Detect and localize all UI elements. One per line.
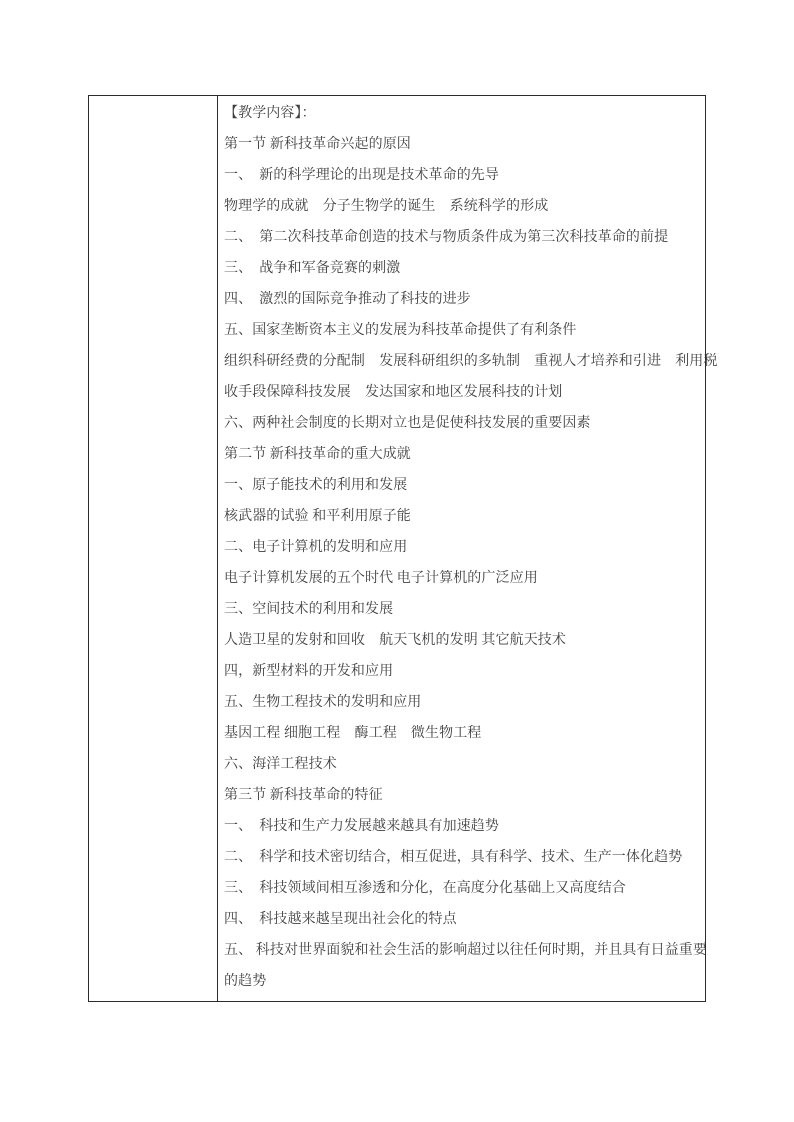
- content-line: 二、 科学和技术密切结合，相互促进，具有科学、技术、生产一体化趋势: [224, 842, 718, 873]
- content-line: 一、 科技和生产力发展越来越具有加速趋势: [224, 811, 718, 842]
- content-line: 三、 战争和军备竞赛的刺激: [224, 253, 718, 284]
- content-line: 六、海洋工程技术: [224, 749, 718, 780]
- content-line: 三、 科技领域间相互渗透和分化，在高度分化基础上又高度结合: [224, 873, 718, 904]
- content-line: 组织科研经费的分配制 发展科研组织的多轨制 重视人才培养和引进 利用税: [224, 346, 718, 377]
- content-line: 一、原子能技术的利用和发展: [224, 470, 718, 501]
- content-line: 四、 激烈的国际竞争推动了科技的进步: [224, 284, 718, 315]
- content-line: 四，新型材料的开发和应用: [224, 656, 718, 687]
- content-line: 六、两种社会制度的长期对立也是促使科技发展的重要因素: [224, 408, 718, 439]
- content-line: 三、空间技术的利用和发展: [224, 594, 718, 625]
- content-line: 二、 第二次科技革命创造的技术与物质条件成为第三次科技革命的前提: [224, 222, 718, 253]
- table-cell-content: 【教学内容】：第一节 新科技革命兴起的原因一、 新的科学理论的出现是技术革命的先…: [218, 96, 722, 1001]
- content-line: 五、 科技对世界面貌和社会生活的影响超过以往任何时期，并且具有日益重要: [224, 935, 718, 966]
- content-line: 的趋势: [224, 966, 718, 997]
- content-line: 第三节 新科技革命的特征: [224, 780, 718, 811]
- content-line: 基因工程 细胞工程 酶工程 微生物工程: [224, 718, 718, 749]
- table-cell-empty: [89, 96, 218, 1001]
- document-page: 【教学内容】：第一节 新科技革命兴起的原因一、 新的科学理论的出现是技术革命的先…: [0, 0, 794, 1122]
- content-line: 五、国家垄断资本主义的发展为科技革命提供了有利条件: [224, 315, 718, 346]
- content-line: 第一节 新科技革命兴起的原因: [224, 129, 718, 160]
- content-line: 第二节 新科技革命的重大成就: [224, 439, 718, 470]
- content-line: 二、电子计算机的发明和应用: [224, 532, 718, 563]
- content-line: 五、生物工程技术的发明和应用: [224, 687, 718, 718]
- content-line: 核武器的试验 和平利用原子能: [224, 501, 718, 532]
- content-line: 人造卫星的发射和回收 航天飞机的发明 其它航天技术: [224, 625, 718, 656]
- content-line: 电子计算机发展的五个时代 电子计算机的广泛应用: [224, 563, 718, 594]
- content-line: 收手段保障科技发展 发达国家和地区发展科技的计划: [224, 377, 718, 408]
- content-line: 【教学内容】：: [224, 98, 718, 129]
- content-table: 【教学内容】：第一节 新科技革命兴起的原因一、 新的科学理论的出现是技术革命的先…: [88, 95, 706, 1002]
- content-line: 物理学的成就 分子生物学的诞生 系统科学的形成: [224, 191, 718, 222]
- content-line: 一、 新的科学理论的出现是技术革命的先导: [224, 160, 718, 191]
- content-line: 四、 科技越来越呈现出社会化的特点: [224, 904, 718, 935]
